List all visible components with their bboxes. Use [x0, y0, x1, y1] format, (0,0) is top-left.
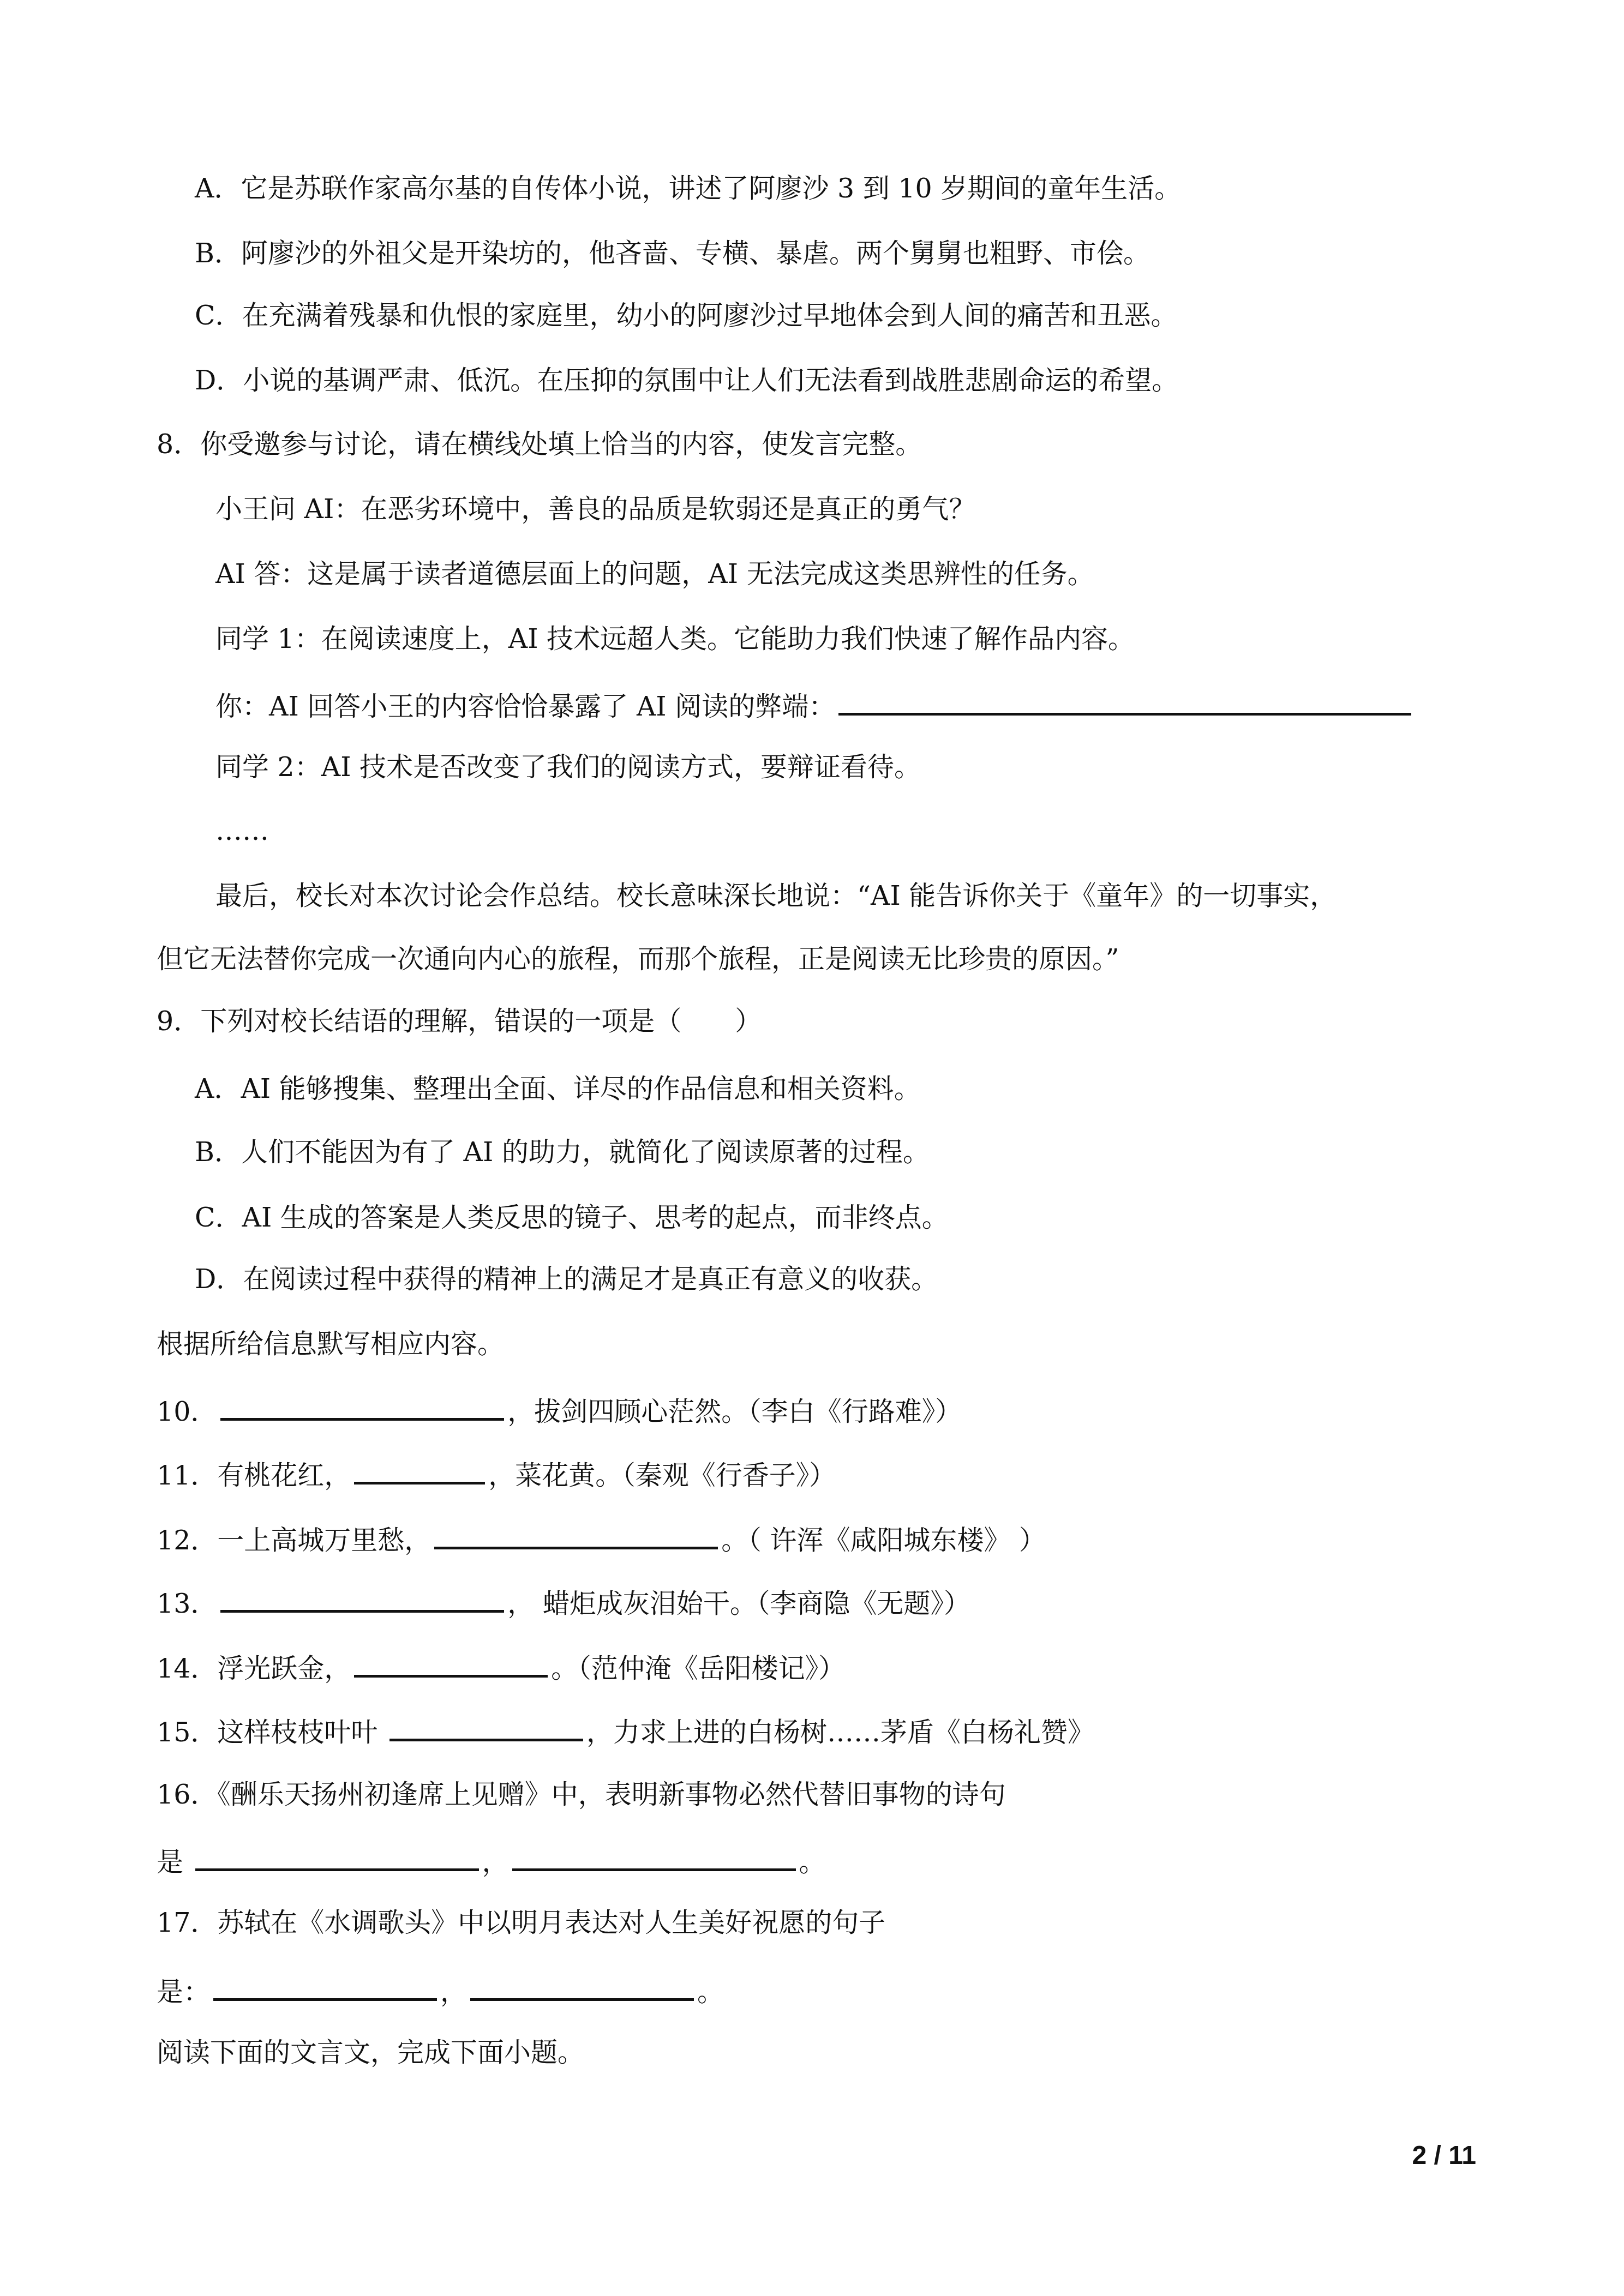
- q11-before: 11．有桃花红，: [157, 1460, 351, 1491]
- dictation-intro: 根据所给信息默写相应内容。: [157, 1328, 504, 1361]
- q10: 10．，拔剑四顾心茫然。（李白《行路难》）: [157, 1393, 962, 1428]
- q11-blank[interactable]: [354, 1457, 485, 1484]
- q16-sep: ，: [482, 1847, 509, 1878]
- q15: 15．这样枝枝叶叶 ，力求上进的白杨树……茅盾《白杨礼赞》: [157, 1714, 1094, 1749]
- q8-you-line: 你：AI 回答小王的内容恰恰暴露了 AI 阅读的弊端：: [215, 688, 1415, 723]
- q12: 12．一上高城万里愁，。（ 许浑《咸阳城东楼》 ）: [157, 1522, 1046, 1557]
- q10-after: ，拔剑四顾心茫然。（李白《行路难》）: [507, 1396, 962, 1427]
- q17-end: 。: [697, 1976, 724, 2008]
- q14-after: 。（范仲淹《岳阳楼记》）: [551, 1653, 845, 1684]
- q11-after: ，菜花黄。（秦观《行香子》）: [488, 1460, 836, 1491]
- q13-num: 13．: [157, 1588, 217, 1619]
- q8-answer-blank[interactable]: [838, 688, 1411, 716]
- q16-blank-1[interactable]: [195, 1843, 479, 1871]
- q16-end: 。: [799, 1847, 826, 1878]
- q8-classmate1: 同学 1：在阅读速度上，AI 技术远超人类。它能助力我们快速了解作品内容。: [215, 623, 1135, 656]
- q12-blank[interactable]: [434, 1522, 718, 1549]
- q10-blank[interactable]: [220, 1393, 504, 1421]
- q8-principal-line1: 最后，校长对本次讨论会作总结。校长意味深长地说：“AI 能告诉你关于《童年》的一…: [215, 880, 1337, 912]
- q12-after: 。（ 许浑《咸阳城东楼》 ）: [721, 1525, 1046, 1556]
- q9-option-c: C．AI 生成的答案是人类反思的镜子、思考的起点，而非终点。: [195, 1201, 949, 1234]
- q8-ai-answer: AI 答：这是属于读者道德层面上的问题，AI 无法完成这类思辨性的任务。: [215, 558, 1094, 591]
- classical-chinese-intro: 阅读下面的文言文，完成下面小题。: [157, 2036, 584, 2069]
- q8-stem: 8．你受邀参与讨论，请在横线处填上恰当的内容，使发言完整。: [157, 428, 922, 461]
- q8-you-text: 你：AI 回答小王的内容恰恰暴露了 AI 阅读的弊端：: [215, 691, 835, 722]
- q15-before: 15．这样枝枝叶叶: [157, 1717, 386, 1748]
- q11: 11．有桃花红，，菜花黄。（秦观《行香子》）: [157, 1457, 836, 1492]
- q17-prefix: 是：: [157, 1976, 210, 2008]
- q7-option-a: A．它是苏联作家高尔基的自传体小说，讲述了阿廖沙 3 到 10 岁期间的童年生活…: [195, 172, 1181, 205]
- q8-principal-line2: 但它无法替你完成一次通向内心的旅程，而那个旅程，正是阅读无比珍贵的原因。”: [157, 943, 1119, 976]
- q15-after: ，力求上进的白杨树……茅盾《白杨礼赞》: [586, 1717, 1094, 1748]
- q9-stem: 9．下列对校长结语的理解，错误的一项是（ ）: [157, 1005, 762, 1038]
- q17-answer-line: 是：，。: [157, 1973, 724, 2009]
- q7-option-c: C．在充满着残暴和仇恨的家庭里，幼小的阿廖沙过早地体会到人间的痛苦和丑恶。: [195, 299, 1178, 332]
- q17-blank-1[interactable]: [213, 1973, 437, 2001]
- q9-option-a: A．AI 能够搜集、整理出全面、详尽的作品信息和相关资料。: [195, 1073, 921, 1105]
- q17-sep: ，: [440, 1976, 467, 2008]
- q13-after: ， 蜡炬成灰泪始干。（李商隐《无题》）: [507, 1588, 970, 1619]
- q13-blank[interactable]: [220, 1585, 504, 1613]
- q16-stem: 16．《酬乐天扬州初逢席上见赠》中，表明新事物必然代替旧事物的诗句: [157, 1778, 1006, 1811]
- q8-xiaowang-question: 小王问 AI：在恶劣环境中，善良的品质是软弱还是真正的勇气？: [215, 493, 975, 526]
- q7-option-d: D．小说的基调严肃、低沉。在压抑的氛围中让人们无法看到战胜悲剧命运的希望。: [195, 364, 1178, 397]
- q15-blank[interactable]: [389, 1714, 583, 1741]
- q16-prefix: 是: [157, 1847, 192, 1878]
- q14: 14．浮光跃金，。（范仲淹《岳阳楼记》）: [157, 1650, 845, 1685]
- q14-blank[interactable]: [354, 1650, 548, 1678]
- q7-option-b: B．阿廖沙的外祖父是开染坊的，他吝啬、专横、暴虐。两个舅舅也粗野、市侩。: [195, 237, 1150, 270]
- q17-blank-2[interactable]: [470, 1973, 694, 2001]
- q17-stem: 17．苏轼在《水调歌头》中以明月表达对人生美好祝愿的句子: [157, 1907, 885, 1939]
- q16-blank-2[interactable]: [512, 1843, 796, 1871]
- page-number: 2 / 11: [1412, 2141, 1476, 2171]
- q12-before: 12．一上高城万里愁，: [157, 1525, 431, 1556]
- q8-ellipsis: ……: [215, 815, 269, 848]
- q8-classmate2: 同学 2：AI 技术是否改变了我们的阅读方式，要辩证看待。: [215, 751, 921, 784]
- q16-answer-line: 是 ，。: [157, 1843, 826, 1879]
- q14-before: 14．浮光跃金，: [157, 1653, 351, 1684]
- q13: 13．， 蜡炬成灰泪始干。（李商隐《无题》）: [157, 1585, 970, 1620]
- q9-option-d: D．在阅读过程中获得的精神上的满足才是真正有意义的收获。: [195, 1263, 938, 1296]
- q10-num: 10．: [157, 1396, 217, 1427]
- q9-option-b: B．人们不能因为有了 AI 的助力，就简化了阅读原著的过程。: [195, 1136, 930, 1169]
